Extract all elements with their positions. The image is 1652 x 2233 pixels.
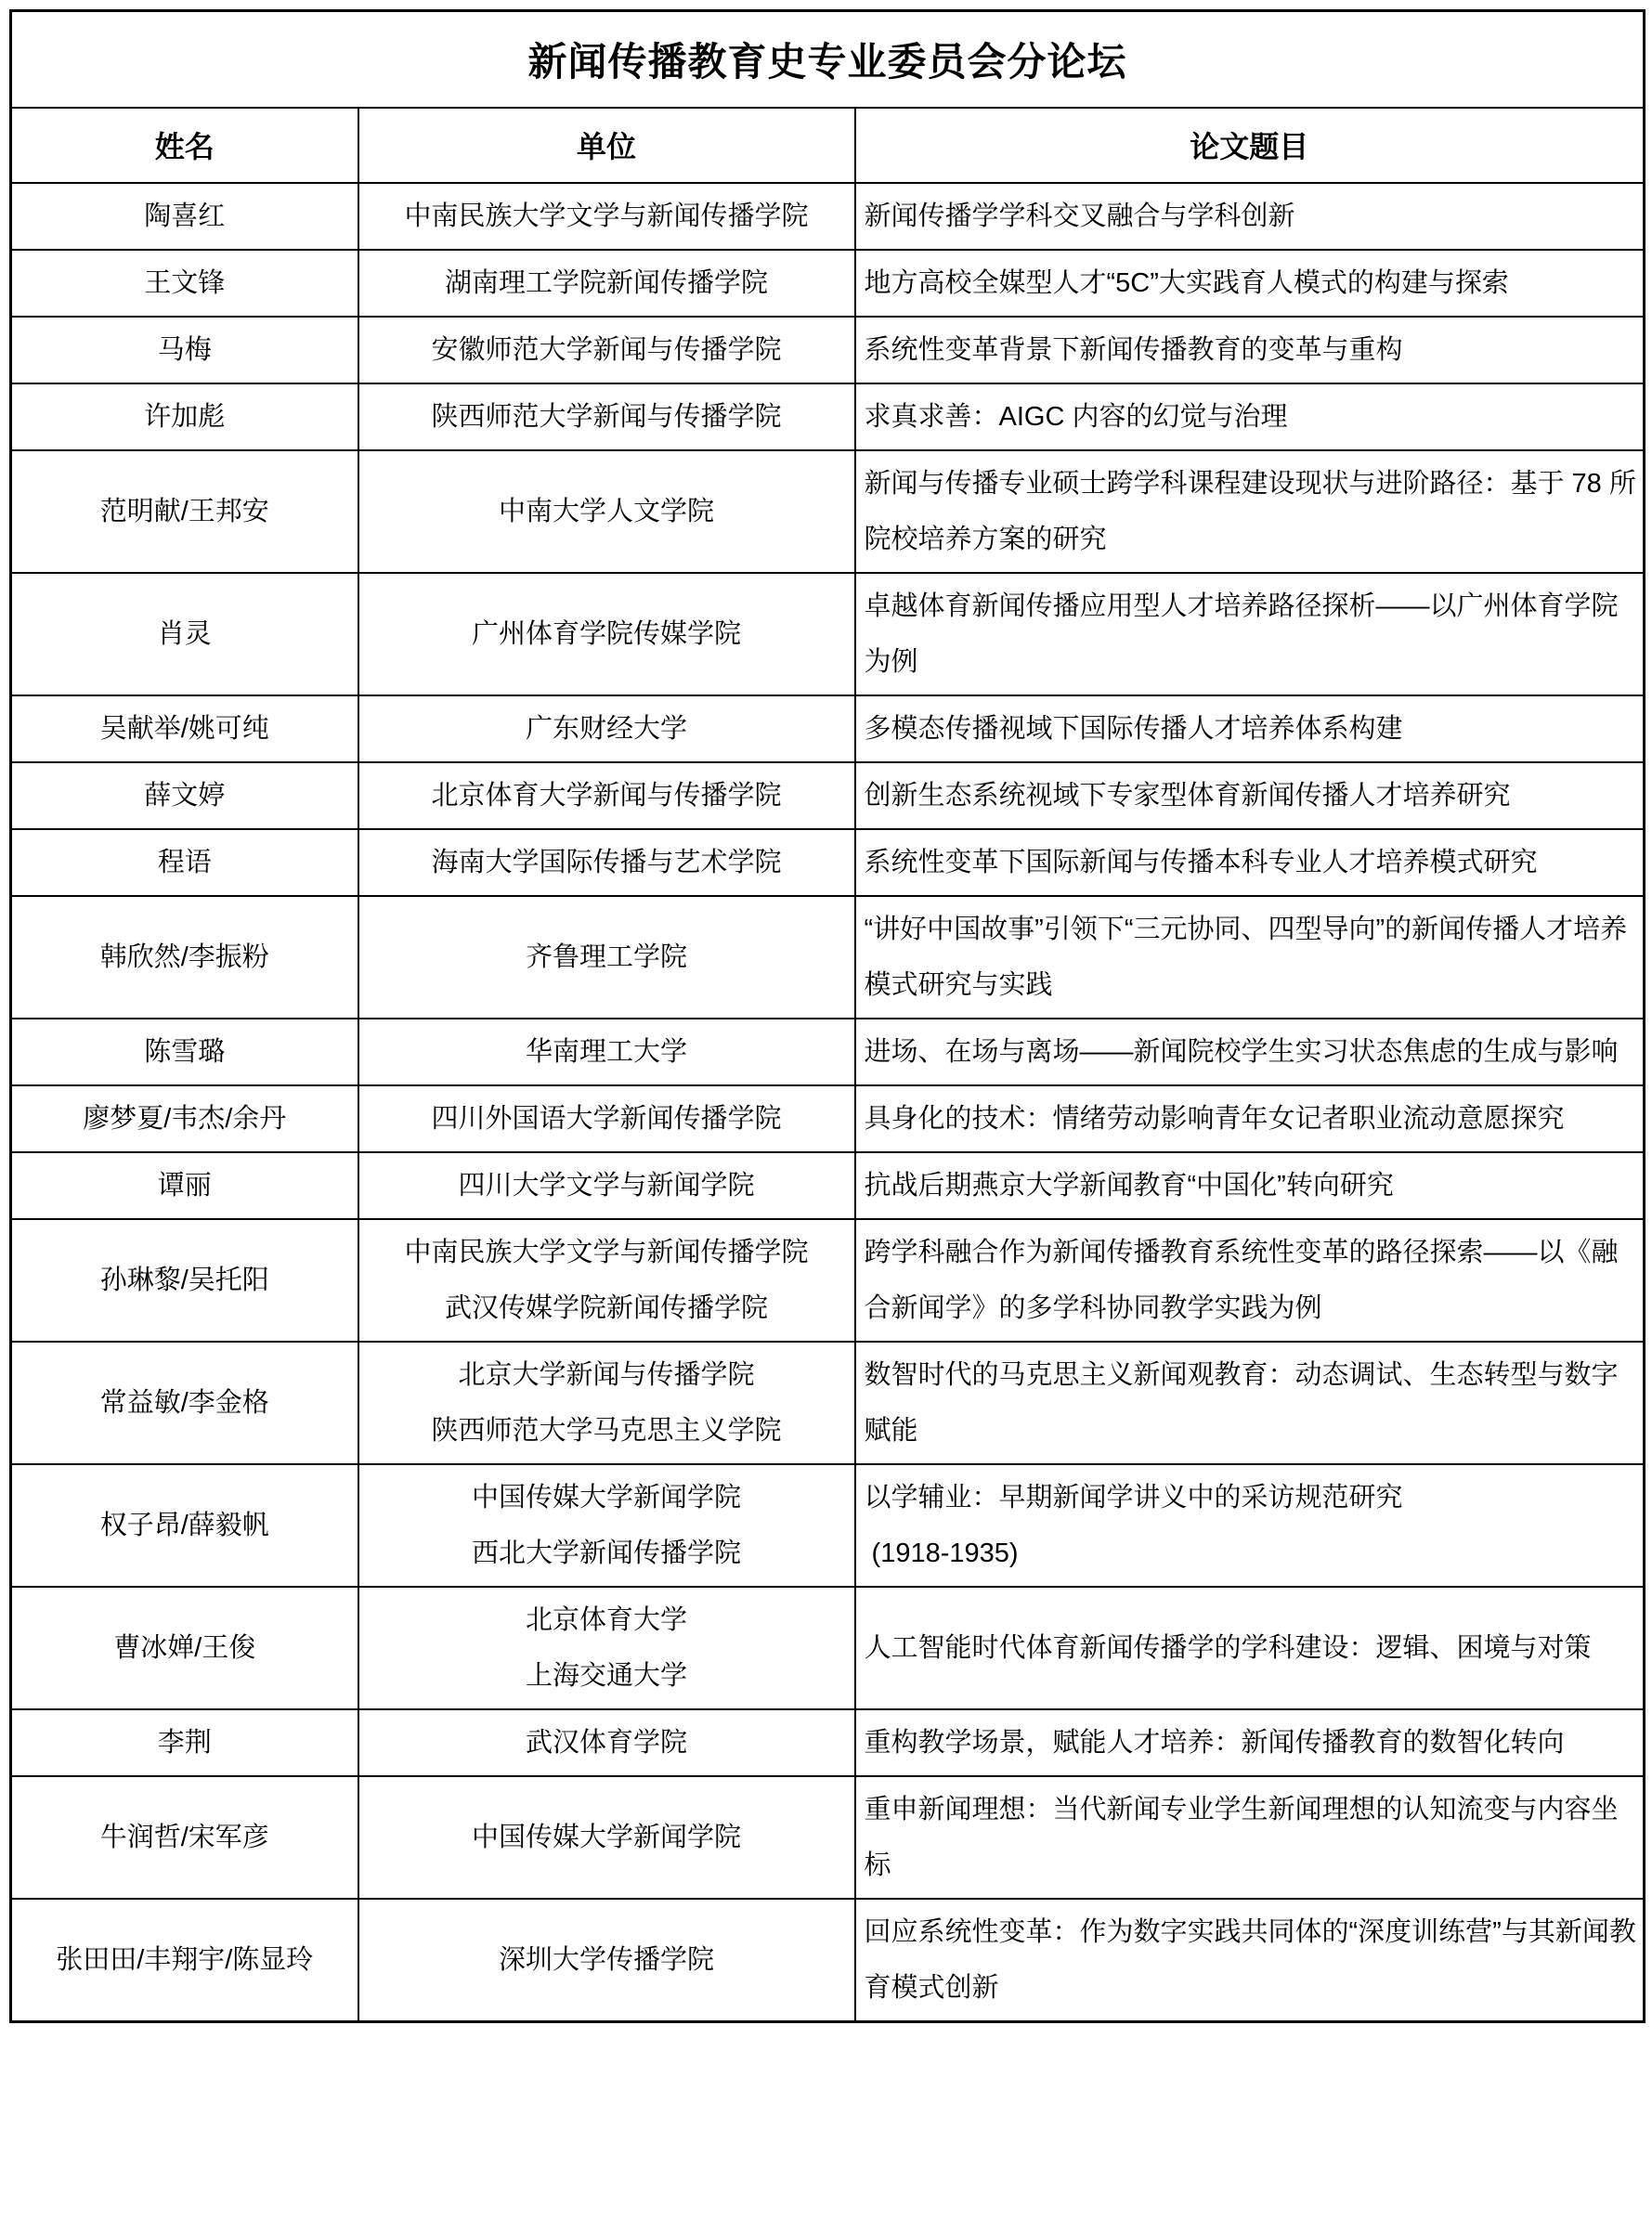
table-title: 新闻传播教育史专业委员会分论坛 bbox=[11, 11, 1645, 108]
paper-title-cell: 多模态传播视域下国际传播人才培养体系构建 bbox=[855, 695, 1645, 762]
paper-title-cell: 创新生态系统视域下专家型体育新闻传播人才培养研究 bbox=[855, 762, 1645, 829]
column-header-name: 姓名 bbox=[11, 108, 358, 183]
table-row: 张田田/丰翔宇/陈显玲 深圳大学传播学院 回应系统性变革：作为数字实践共同体的“… bbox=[11, 1899, 1645, 2022]
institution-cell: 四川外国语大学新闻传播学院 bbox=[358, 1085, 855, 1152]
author-name-cell: 廖梦夏/韦杰/余丹 bbox=[11, 1085, 358, 1152]
table-row: 常益敏/李金格 北京大学新闻与传播学院 陕西师范大学马克思主义学院 数智时代的马… bbox=[11, 1342, 1645, 1464]
institution-cell: 中国传媒大学新闻学院 bbox=[358, 1776, 855, 1899]
paper-title-cell: “讲好中国故事”引领下“三元协同、四型导向”的新闻传播人才培养模式研究与实践 bbox=[855, 896, 1645, 1019]
paper-title-cell: 进场、在场与离场——新闻院校学生实习状态焦虑的生成与影响 bbox=[855, 1019, 1645, 1085]
document-page: 新闻传播教育史专业委员会分论坛 姓名 单位 论文题目 陶喜红 中南民族大学文学与… bbox=[0, 0, 1652, 2032]
table-row: 王文锋 湖南理工学院新闻传播学院 地方高校全媒型人才“5C”大实践育人模式的构建… bbox=[11, 250, 1645, 317]
author-name-cell: 吴献举/姚可纯 bbox=[11, 695, 358, 762]
institution-cell: 深圳大学传播学院 bbox=[358, 1899, 855, 2022]
institution-cell: 中南大学人文学院 bbox=[358, 450, 855, 573]
institution-cell: 北京体育大学 上海交通大学 bbox=[358, 1587, 855, 1709]
institution-cell: 华南理工大学 bbox=[358, 1019, 855, 1085]
header-row: 姓名 单位 论文题目 bbox=[11, 108, 1645, 183]
table-row: 廖梦夏/韦杰/余丹 四川外国语大学新闻传播学院 具身化的技术：情绪劳动影响青年女… bbox=[11, 1085, 1645, 1152]
paper-title-cell: 卓越体育新闻传播应用型人才培养路径探析——以广州体育学院为例 bbox=[855, 573, 1645, 695]
title-row: 新闻传播教育史专业委员会分论坛 bbox=[11, 11, 1645, 108]
author-name-cell: 马梅 bbox=[11, 317, 358, 383]
author-name-cell: 陶喜红 bbox=[11, 183, 358, 250]
author-name-cell: 牛润哲/宋军彦 bbox=[11, 1776, 358, 1899]
paper-title-cell: 重申新闻理想：当代新闻专业学生新闻理想的认知流变与内容坐标 bbox=[855, 1776, 1645, 1899]
institution-cell: 广东财经大学 bbox=[358, 695, 855, 762]
table-row: 范明献/王邦安 中南大学人文学院 新闻与传播专业硕士跨学科课程建设现状与进阶路径… bbox=[11, 450, 1645, 573]
table-row: 韩欣然/李振粉 齐鲁理工学院 “讲好中国故事”引领下“三元协同、四型导向”的新闻… bbox=[11, 896, 1645, 1019]
institution-cell: 中南民族大学文学与新闻传播学院 bbox=[358, 183, 855, 250]
author-name-cell: 范明献/王邦安 bbox=[11, 450, 358, 573]
author-name-cell: 许加彪 bbox=[11, 383, 358, 450]
paper-title-cell: 求真求善：AIGC 内容的幻觉与治理 bbox=[855, 383, 1645, 450]
column-header-paper: 论文题目 bbox=[855, 108, 1645, 183]
author-name-cell: 常益敏/李金格 bbox=[11, 1342, 358, 1464]
table-row: 陶喜红 中南民族大学文学与新闻传播学院 新闻传播学学科交叉融合与学科创新 bbox=[11, 183, 1645, 250]
author-name-cell: 张田田/丰翔宇/陈显玲 bbox=[11, 1899, 358, 2022]
author-name-cell: 权子昂/薛毅帆 bbox=[11, 1464, 358, 1587]
institution-cell: 中国传媒大学新闻学院 西北大学新闻传播学院 bbox=[358, 1464, 855, 1587]
table-row: 谭丽 四川大学文学与新闻学院 抗战后期燕京大学新闻教育“中国化”转向研究 bbox=[11, 1152, 1645, 1219]
institution-cell: 齐鲁理工学院 bbox=[358, 896, 855, 1019]
table-row: 孙琳黎/吴托阳 中南民族大学文学与新闻传播学院 武汉传媒学院新闻传播学院 跨学科… bbox=[11, 1219, 1645, 1342]
author-name-cell: 李荆 bbox=[11, 1709, 358, 1776]
paper-title-cell: 新闻传播学学科交叉融合与学科创新 bbox=[855, 183, 1645, 250]
author-name-cell: 王文锋 bbox=[11, 250, 358, 317]
paper-title-cell: 系统性变革下国际新闻与传播本科专业人才培养模式研究 bbox=[855, 829, 1645, 896]
paper-title-cell: 具身化的技术：情绪劳动影响青年女记者职业流动意愿探究 bbox=[855, 1085, 1645, 1152]
table-row: 程语 海南大学国际传播与艺术学院 系统性变革下国际新闻与传播本科专业人才培养模式… bbox=[11, 829, 1645, 896]
author-name-cell: 孙琳黎/吴托阳 bbox=[11, 1219, 358, 1342]
institution-cell: 海南大学国际传播与艺术学院 bbox=[358, 829, 855, 896]
author-name-cell: 肖灵 bbox=[11, 573, 358, 695]
author-name-cell: 韩欣然/李振粉 bbox=[11, 896, 358, 1019]
author-name-cell: 曹冰婵/王俊 bbox=[11, 1587, 358, 1709]
paper-title-cell: 跨学科融合作为新闻传播教育系统性变革的路径探索——以《融合新闻学》的多学科协同教… bbox=[855, 1219, 1645, 1342]
table-body: 陶喜红 中南民族大学文学与新闻传播学院 新闻传播学学科交叉融合与学科创新 王文锋… bbox=[11, 183, 1645, 2022]
table-row: 权子昂/薛毅帆 中国传媒大学新闻学院 西北大学新闻传播学院 以学辅业：早期新闻学… bbox=[11, 1464, 1645, 1587]
table-row: 牛润哲/宋军彦 中国传媒大学新闻学院 重申新闻理想：当代新闻专业学生新闻理想的认… bbox=[11, 1776, 1645, 1899]
author-name-cell: 谭丽 bbox=[11, 1152, 358, 1219]
institution-cell: 中南民族大学文学与新闻传播学院 武汉传媒学院新闻传播学院 bbox=[358, 1219, 855, 1342]
institution-cell: 安徽师范大学新闻与传播学院 bbox=[358, 317, 855, 383]
column-header-unit: 单位 bbox=[358, 108, 855, 183]
paper-title-cell: 新闻与传播专业硕士跨学科课程建设现状与进阶路径：基于 78 所院校培养方案的研究 bbox=[855, 450, 1645, 573]
institution-cell: 北京大学新闻与传播学院 陕西师范大学马克思主义学院 bbox=[358, 1342, 855, 1464]
table-row: 薛文婷 北京体育大学新闻与传播学院 创新生态系统视域下专家型体育新闻传播人才培养… bbox=[11, 762, 1645, 829]
table-row: 许加彪 陕西师范大学新闻与传播学院 求真求善：AIGC 内容的幻觉与治理 bbox=[11, 383, 1645, 450]
institution-cell: 广州体育学院传媒学院 bbox=[358, 573, 855, 695]
table-row: 马梅 安徽师范大学新闻与传播学院 系统性变革背景下新闻传播教育的变革与重构 bbox=[11, 317, 1645, 383]
table-row: 陈雪璐 华南理工大学 进场、在场与离场——新闻院校学生实习状态焦虑的生成与影响 bbox=[11, 1019, 1645, 1085]
institution-cell: 四川大学文学与新闻学院 bbox=[358, 1152, 855, 1219]
paper-title-cell: 以学辅业：早期新闻学讲义中的采访规范研究 (1918-1935) bbox=[855, 1464, 1645, 1587]
table-row: 吴献举/姚可纯 广东财经大学 多模态传播视域下国际传播人才培养体系构建 bbox=[11, 695, 1645, 762]
forum-paper-table: 新闻传播教育史专业委员会分论坛 姓名 单位 论文题目 陶喜红 中南民族大学文学与… bbox=[9, 9, 1645, 2023]
institution-cell: 武汉体育学院 bbox=[358, 1709, 855, 1776]
table-row: 肖灵 广州体育学院传媒学院 卓越体育新闻传播应用型人才培养路径探析——以广州体育… bbox=[11, 573, 1645, 695]
paper-title-cell: 抗战后期燕京大学新闻教育“中国化”转向研究 bbox=[855, 1152, 1645, 1219]
institution-cell: 湖南理工学院新闻传播学院 bbox=[358, 250, 855, 317]
table-row: 曹冰婵/王俊 北京体育大学 上海交通大学 人工智能时代体育新闻传播学的学科建设：… bbox=[11, 1587, 1645, 1709]
author-name-cell: 程语 bbox=[11, 829, 358, 896]
institution-cell: 陕西师范大学新闻与传播学院 bbox=[358, 383, 855, 450]
author-name-cell: 薛文婷 bbox=[11, 762, 358, 829]
paper-title-cell: 人工智能时代体育新闻传播学的学科建设：逻辑、困境与对策 bbox=[855, 1587, 1645, 1709]
institution-cell: 北京体育大学新闻与传播学院 bbox=[358, 762, 855, 829]
paper-title-cell: 数智时代的马克思主义新闻观教育：动态调试、生态转型与数字赋能 bbox=[855, 1342, 1645, 1464]
table-head: 新闻传播教育史专业委员会分论坛 姓名 单位 论文题目 bbox=[11, 11, 1645, 183]
paper-title-cell: 地方高校全媒型人才“5C”大实践育人模式的构建与探索 bbox=[855, 250, 1645, 317]
table-row: 李荆 武汉体育学院 重构教学场景，赋能人才培养：新闻传播教育的数智化转向 bbox=[11, 1709, 1645, 1776]
paper-title-cell: 重构教学场景，赋能人才培养：新闻传播教育的数智化转向 bbox=[855, 1709, 1645, 1776]
paper-title-cell: 回应系统性变革：作为数字实践共同体的“深度训练营”与其新闻教育模式创新 bbox=[855, 1899, 1645, 2022]
paper-title-cell: 系统性变革背景下新闻传播教育的变革与重构 bbox=[855, 317, 1645, 383]
author-name-cell: 陈雪璐 bbox=[11, 1019, 358, 1085]
